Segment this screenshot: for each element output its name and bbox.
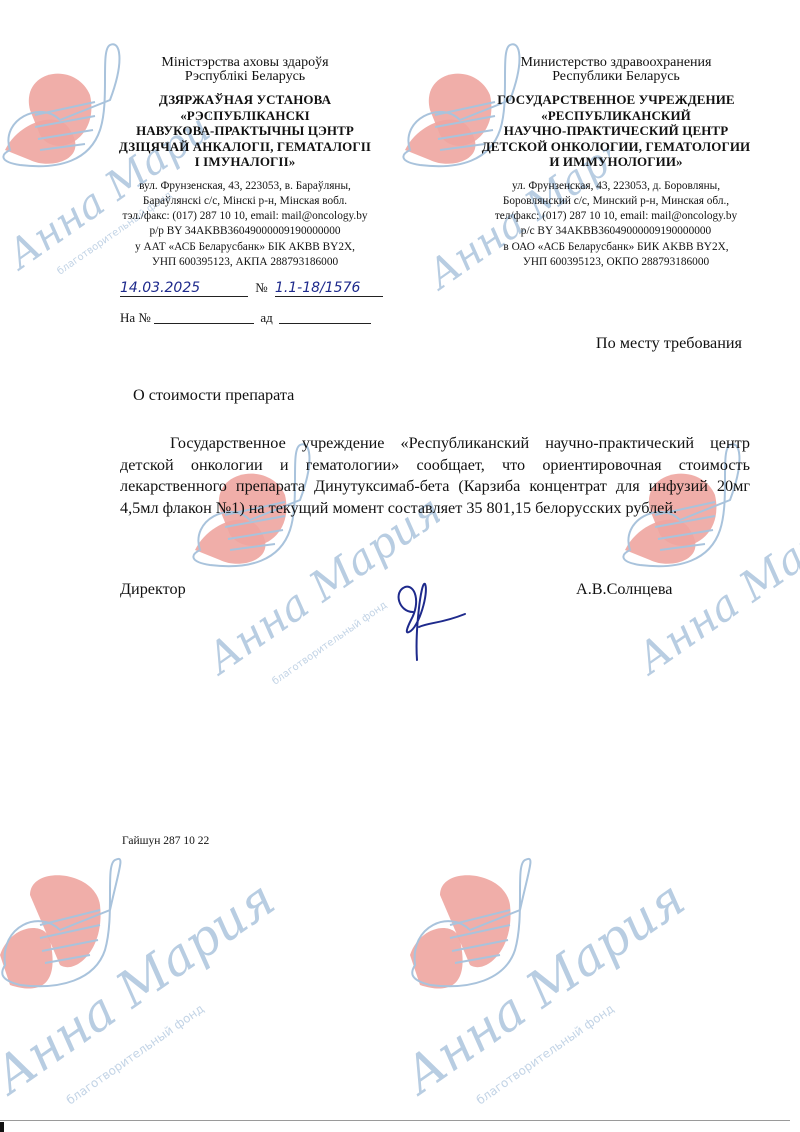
ministry-name-ru: Министерство здравоохранения Республики …: [466, 56, 766, 84]
watermark-logo-bottom-right: Анна Мария благотворительный фонд: [410, 855, 710, 1115]
handwritten-date: 14.03.2025: [120, 280, 248, 297]
handwritten-outgoing-number: 1.1-18/1576: [275, 280, 383, 297]
institution-line: «РЭСПУБЛІКАНСКІ: [95, 108, 395, 124]
address-line: р/р BY 34AKBB36049000009190000000: [95, 224, 395, 239]
number-sign: №: [255, 280, 267, 295]
document-page: Анна Мария благотворительный фонд Анна М…: [0, 0, 800, 1132]
watermark-logo-bottom-left: Анна Мария благотворительный фонд: [0, 855, 300, 1115]
svg-text:благотворительный фонд: благотворительный фонд: [474, 1002, 617, 1108]
institution-line: ДЕТСКОЙ ОНКОЛОГИИ, ГЕМАТОЛОГИИ: [466, 139, 766, 155]
address-line: Боровлянский с/с, Минский р-н, Минская о…: [466, 194, 766, 209]
address-line: в ОАО «АСБ Беларусбанк» БИК AKBB BY2X,: [466, 240, 766, 255]
svg-text:благотворительный фонд: благотворительный фонд: [64, 1002, 207, 1108]
signatory-title: Директор: [120, 580, 186, 599]
address-line: тэл./факс: (017) 287 10 10, email: mail@…: [95, 209, 395, 224]
address-line: вул. Фрунзенская, 43, 223053, в. Бараўля…: [95, 179, 395, 194]
institution-line: ГОСУДАРСТВЕННОЕ УЧРЕЖДЕНИЕ: [466, 92, 766, 108]
executor-contact: Гайшун 287 10 22: [122, 835, 209, 847]
institution-line: И ИММУНОЛОГИИ»: [466, 154, 766, 170]
address-line: УНП 600395123, ОКПО 288793186000: [466, 255, 766, 270]
address-line: у ААТ «АСБ Беларусбанк» БІК AKBB BY2X,: [95, 240, 395, 255]
address-block-by: вул. Фрунзенская, 43, 223053, в. Бараўля…: [95, 179, 395, 271]
addressee: По месту требования: [596, 334, 742, 353]
ministry-line-1: Министерство здравоохранения: [466, 56, 766, 70]
institution-line: НАУЧНО-ПРАКТИЧЕСКИЙ ЦЕНТР: [466, 123, 766, 139]
institution-name-ru: ГОСУДАРСТВЕННОЕ УЧРЕЖДЕНИЕ «РЕСПУБЛИКАНС…: [466, 92, 766, 170]
address-line: ул. Фрунзенская, 43, 223053, д. Боровлян…: [466, 179, 766, 194]
svg-text:Анна Мария: Анна Мария: [0, 869, 285, 1106]
institution-line: ДЗЯРЖАЎНАЯ УСТАНОВА: [95, 92, 395, 108]
institution-line: ДЗІЦЯЧАЙ АНКАЛОГІІ, ГЕМАТАЛОГІІ: [95, 139, 395, 155]
letterhead-right: Министерство здравоохранения Республики …: [466, 56, 766, 270]
address-line: тел/факс: (017) 287 10 10, email: mail@o…: [466, 209, 766, 224]
address-line: УНП 600395123, АКПА 288793186000: [95, 255, 395, 270]
ministry-line-2: Республики Беларусь: [466, 70, 766, 84]
address-block-ru: ул. Фрунзенская, 43, 223053, д. Боровлян…: [466, 179, 766, 271]
svg-text:Анна Мария: Анна Мария: [410, 869, 695, 1106]
reference-line: На № ад: [120, 310, 371, 326]
registration-line: 14.03.2025 № 1.1-18/1576: [120, 280, 383, 297]
institution-line: НАВУКОВА-ПРАКТЫЧНЫ ЦЭНТР: [95, 123, 395, 139]
svg-text:благотворительный фонд: благотворительный фонд: [270, 600, 389, 688]
reference-date-blank: [279, 310, 371, 324]
handwritten-signature-icon: [385, 572, 480, 667]
institution-line: «РЕСПУБЛИКАНСКИЙ: [466, 108, 766, 124]
address-line: р/с BY 34AKBB36049000009190000000: [466, 224, 766, 239]
institution-name-by: ДЗЯРЖАЎНАЯ УСТАНОВА «РЭСПУБЛІКАНСКІ НАВУ…: [95, 92, 395, 170]
reference-prefix: На №: [120, 310, 151, 325]
institution-line: І ІМУНАЛОГІІ»: [95, 154, 395, 170]
letterhead-left: Міністэрства аховы здароўя Рэспублікі Бе…: [95, 56, 395, 270]
reference-mid: ад: [260, 310, 272, 325]
address-line: Бараўлянскі с/с, Мінскі р-н, Мінская воб…: [95, 194, 395, 209]
signatory-name: А.В.Солнцева: [576, 580, 672, 599]
ministry-name-by: Міністэрства аховы здароўя Рэспублікі Бе…: [95, 56, 395, 84]
reference-number-blank: [154, 310, 254, 324]
page-edge-line: [0, 1120, 790, 1121]
body-paragraph: Государственное учреждение «Республиканс…: [120, 433, 750, 519]
scan-edge-mark: [0, 1122, 4, 1132]
ministry-line-2: Рэспублікі Беларусь: [95, 70, 395, 84]
subject-line: О стоимости препарата: [133, 386, 294, 405]
ministry-line-1: Міністэрства аховы здароўя: [95, 56, 395, 70]
